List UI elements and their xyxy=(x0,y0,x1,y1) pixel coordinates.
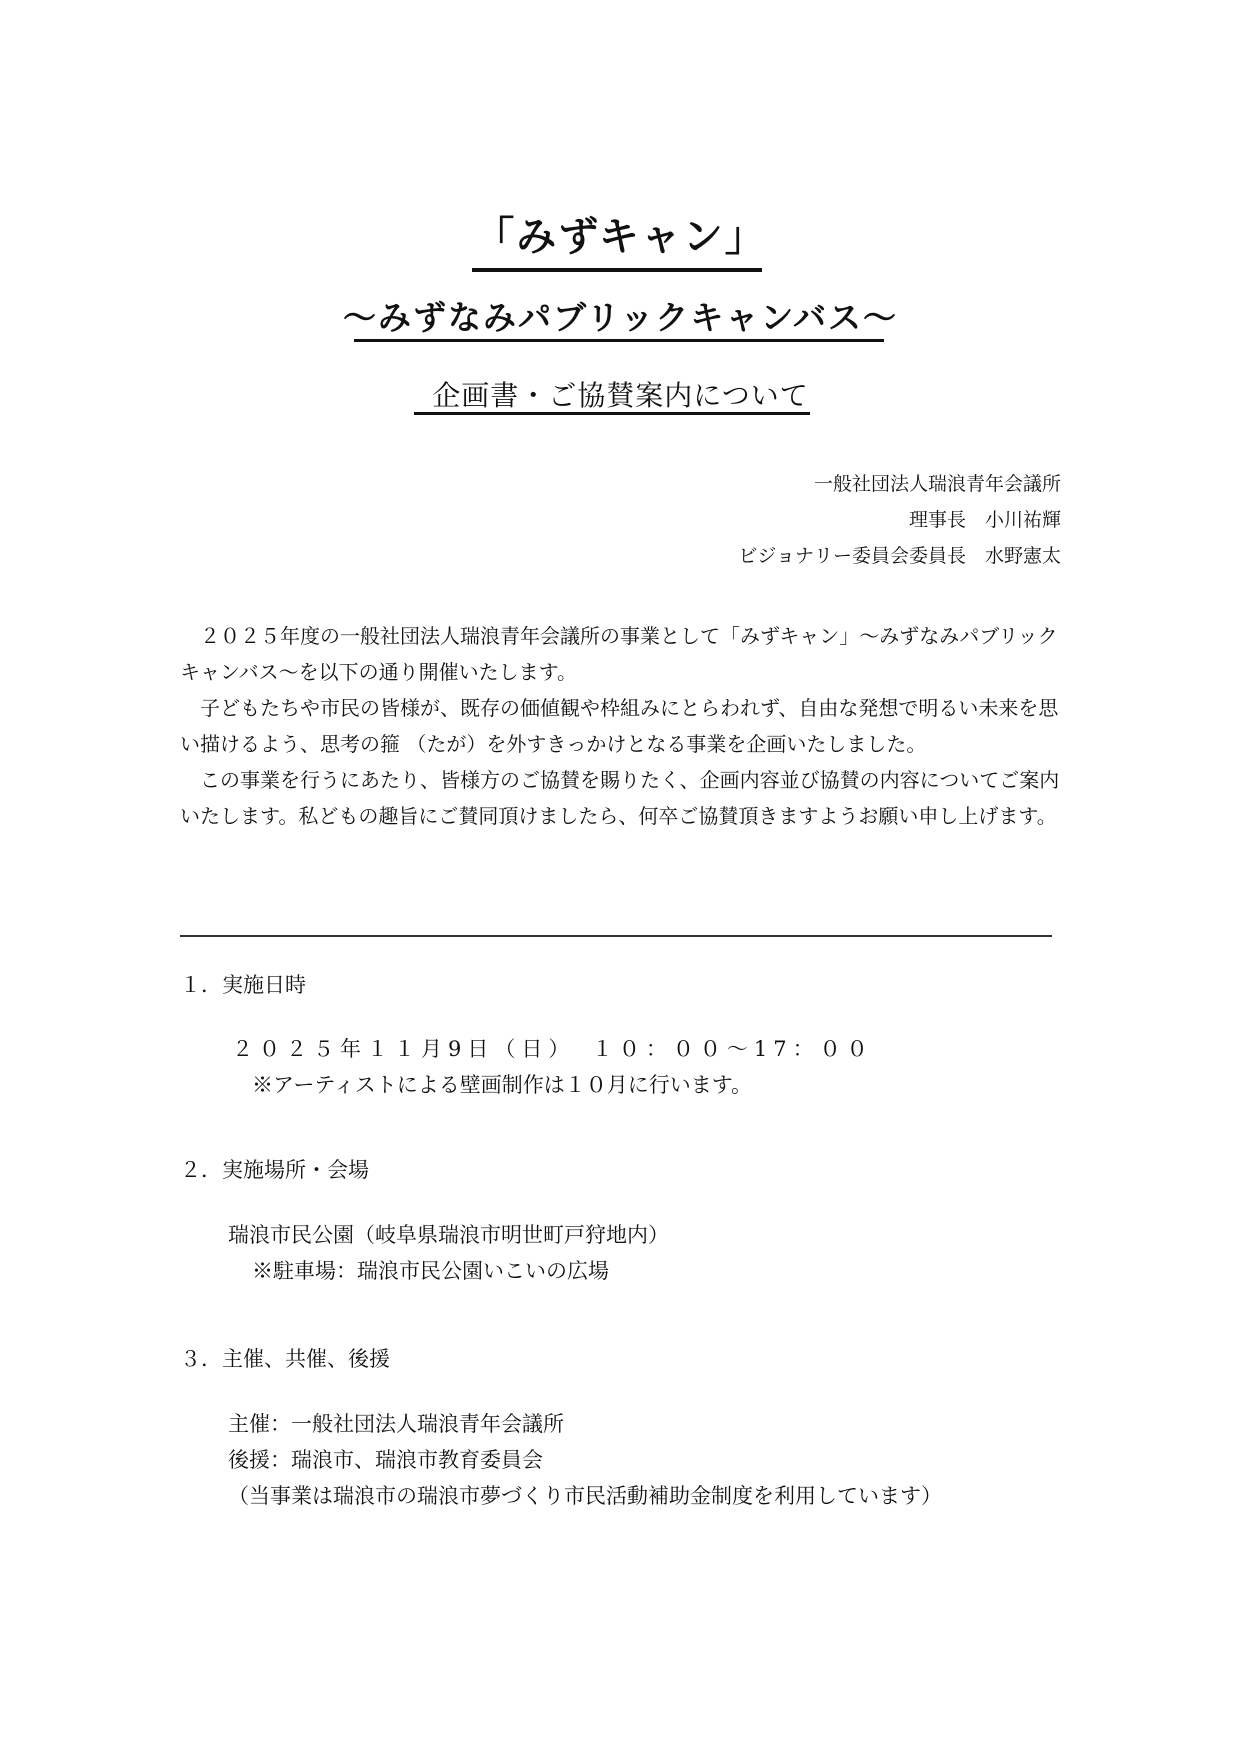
section-divider xyxy=(180,935,1052,937)
mural-note: ※アーティストによる壁画制作は１０月に行います。 xyxy=(252,1070,752,1100)
document-subtitle: 〜みずなみパブリックキャンバス〜 xyxy=(0,296,1241,340)
venue-address: 瑞浪市民公園（岐阜県瑞浪市明世町戸狩地内） xyxy=(228,1220,669,1250)
section-heading-organizers: ３．主催、共催、後援 xyxy=(180,1344,390,1374)
issuer-chairman: 理事長 小川祐輝 xyxy=(909,505,1061,535)
intro-paragraph: この事業を行うにあたり、皆様方のご協賛を賜りたく、企画内容並び協賛の内容について… xyxy=(180,762,1060,834)
subtitle-underline xyxy=(354,339,884,342)
document-type-heading: 企画書・ご協賛案内について xyxy=(0,376,1241,416)
doc-type-underline xyxy=(414,412,810,415)
intro-paragraph: 子どもたちや市民の皆様が、既存の価値観や枠組みにとらわれず、自由な発想で明るい未… xyxy=(180,690,1060,762)
event-datetime: ２０２５年１１月9日（日） １０：００〜17：００ xyxy=(232,1034,874,1064)
document-title: 「みずキャン」 xyxy=(0,212,1241,262)
parking-note: ※駐車場：瑞浪市民公園いこいの広場 xyxy=(252,1256,609,1286)
organizer-host: 主催：一般社団法人瑞浪青年会議所 xyxy=(228,1409,564,1439)
title-underline xyxy=(472,268,762,272)
section-heading-venue: ２．実施場所・会場 xyxy=(180,1155,369,1185)
intro-text: ２０２５年度の一般社団法人瑞浪青年会議所の事業として「みずキャン」〜みずなみパブ… xyxy=(180,618,1060,834)
subsidy-note: （当事業は瑞浪市の瑞浪市夢づくり市民活動補助金制度を利用しています） xyxy=(228,1481,942,1511)
organizer-support: 後援：瑞浪市、瑞浪市教育委員会 xyxy=(228,1445,543,1475)
issuer-committee-chair: ビジョナリー委員会委員長 水野憲太 xyxy=(738,541,1061,571)
issuer-organization: 一般社団法人瑞浪青年会議所 xyxy=(814,469,1061,499)
section-heading-datetime: １．実施日時 xyxy=(180,970,306,1000)
intro-paragraph: ２０２５年度の一般社団法人瑞浪青年会議所の事業として「みずキャン」〜みずなみパブ… xyxy=(180,618,1060,690)
